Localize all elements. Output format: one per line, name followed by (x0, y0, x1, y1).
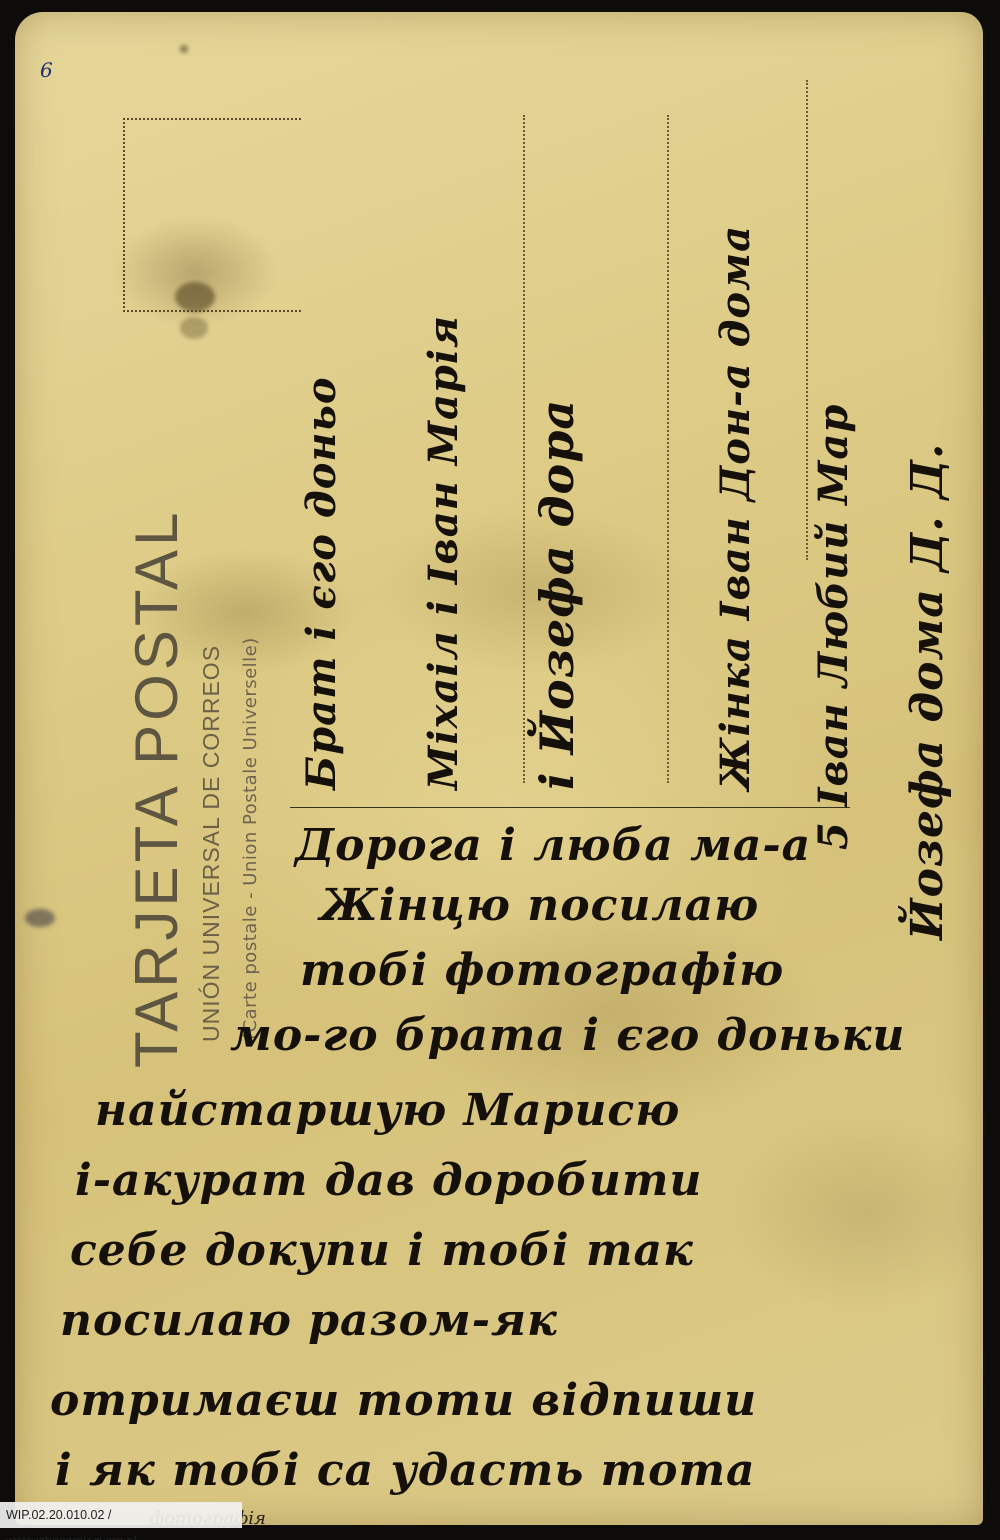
ink-stain (180, 317, 208, 339)
ink-stain (25, 909, 55, 927)
message-line: і як тобі са удасть тота (55, 1445, 756, 1496)
card-divider-line (290, 807, 850, 808)
message-line: отримаєш тоти відпиши (50, 1375, 757, 1426)
message-line: посилаю разом-як (60, 1295, 558, 1346)
archive-label: WIP.02.20.010.02 / www.izbapamieci.org.p… (0, 1502, 242, 1528)
handwritten-address-line: Йозефа дома Д. Д. (902, 443, 953, 940)
handwritten-address-line: і Йозефа дора (530, 399, 584, 790)
printed-title: TARJETA POSTAL (122, 509, 191, 1068)
ink-stain (180, 45, 188, 53)
handwritten-address-line: 5 Іван Любий Мар (810, 404, 857, 850)
message-line: найстаршую Марисю (95, 1085, 680, 1136)
handwritten-address-line: Міхаіл і Іван Марія (420, 315, 467, 790)
address-line-dotted (806, 80, 808, 560)
stamp-placeholder-box (123, 118, 301, 312)
printed-subtitle: UNIÓN UNIVERSAL DE CORREOS (198, 645, 225, 1042)
handwritten-address-line: Жінка Іван Дон-а дома (712, 225, 759, 790)
message-line: Дорога і люба ма-а (295, 820, 811, 871)
message-line: Жінцю посилаю (320, 880, 759, 931)
address-line-dotted (523, 115, 525, 783)
address-line-dotted (667, 115, 669, 783)
message-line: і-акурат дав доробити (75, 1155, 702, 1206)
printed-subtitle-2: (Carte postale - Union Postale Universel… (240, 637, 261, 1040)
sheet-number: 6 (40, 58, 53, 82)
handwritten-address-line: Брат і єго доньо (298, 376, 345, 790)
message-line: тобі фотографію (300, 945, 784, 996)
message-line: себе докупи і тобі так (70, 1225, 694, 1276)
message-line: мо-го брата і єго доньки (230, 1010, 905, 1061)
